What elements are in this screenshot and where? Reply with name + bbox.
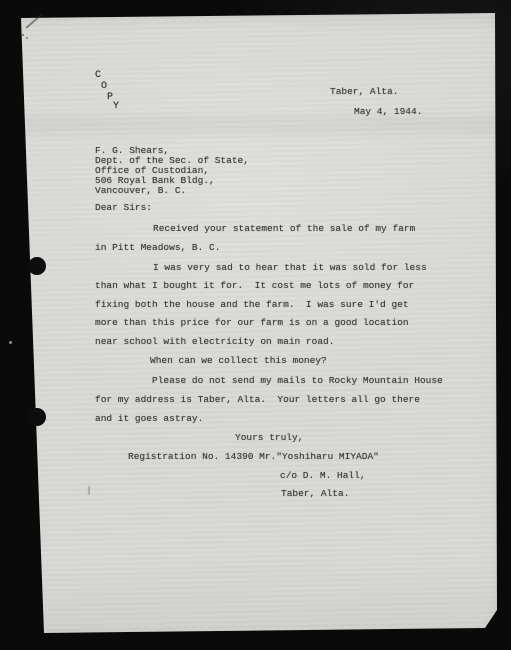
punch-hole-top xyxy=(28,257,46,275)
dateline-date: May 4, 1944. xyxy=(354,106,422,117)
signature-registration-line: Registration No. 14390 Mr."Yoshiharu MIY… xyxy=(128,451,379,462)
body-line: more than this price for our farm is on … xyxy=(95,317,409,328)
copy-stamp-letter: C xyxy=(95,70,101,81)
scan-dust-speck xyxy=(9,341,12,344)
copy-stamp-letter: O xyxy=(101,81,107,92)
signature-place-line: Taber, Alta. xyxy=(281,488,349,499)
body-line: Received your statement of the sale of m… xyxy=(153,223,415,234)
copy-stamp-letter: Y xyxy=(113,101,119,112)
signature-care-of-line: c/o D. M. Hall, xyxy=(280,470,366,481)
paper-speck xyxy=(22,34,24,36)
scanned-letter-page: C O P Y Taber, Alta. May 4, 1944. F. G. … xyxy=(0,0,511,650)
body-line: near school with electricity on main roa… xyxy=(95,336,334,347)
punch-hole-bottom xyxy=(28,408,46,426)
body-line: than what I bought it for. It cost me lo… xyxy=(95,280,414,291)
dateline-place: Taber, Alta. xyxy=(330,86,398,97)
body-line: Please do not send my mails to Rocky Mou… xyxy=(152,375,443,386)
body-line: for my address is Taber, Alta. Your lett… xyxy=(95,394,420,405)
closing-line: Yours truly, xyxy=(235,432,303,443)
recipient-line: Vancouver, B. C. xyxy=(95,185,186,196)
body-line: fixing both the house and the farm. I wa… xyxy=(95,299,409,310)
body-line: and it goes astray. xyxy=(95,413,203,424)
paper-speck xyxy=(26,37,28,39)
body-line: I was very sad to hear that it was sold … xyxy=(153,262,427,273)
body-line: When can we collect this money? xyxy=(150,355,327,366)
salutation-line: Dear Sirs: xyxy=(95,202,152,213)
body-line: in Pitt Meadows, B. C. xyxy=(95,242,220,253)
